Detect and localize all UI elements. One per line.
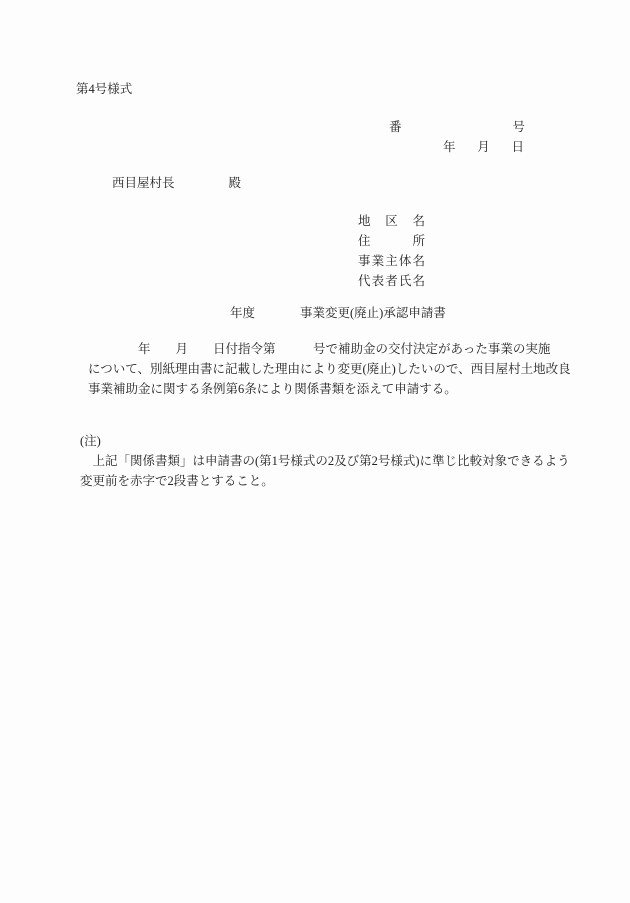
addressee-name: 西目屋村長 xyxy=(112,176,175,190)
form-number-label: 第4号様式 xyxy=(76,79,132,99)
reference-number-line: 番 号 xyxy=(389,117,525,137)
date-line: 年 月 日 xyxy=(443,137,524,157)
note-line-2: 変更前を赤字で2段書とすること。 xyxy=(80,471,580,491)
note-label: (注) xyxy=(80,431,580,451)
sender-field-business-entity-name: 事業主体名 xyxy=(358,251,425,271)
date-day-label: 日 xyxy=(511,137,524,157)
body-paragraph: 年 月 日付指令第 号で補助金の交付決定があった事業の実施 について、別紙理由書… xyxy=(88,339,580,399)
document-page: 第4号様式 番 号 年 月 日 西目屋村長殿 地区名 住所 事業主体名 代表者氏… xyxy=(0,0,630,903)
date-year-label: 年 xyxy=(443,137,456,157)
sender-field-district-name: 地区名 xyxy=(358,211,425,231)
addressee-honorific: 殿 xyxy=(229,176,242,190)
sender-block: 地区名 住所 事業主体名 代表者氏名 xyxy=(358,211,425,291)
body-line-2: について、別紙理由書に記載した理由により変更(廃止)したいので、西目屋村土地改良 xyxy=(88,359,580,379)
ref-number-prefix-label: 番 xyxy=(389,117,402,137)
addressee-line: 西目屋村長殿 xyxy=(112,173,241,193)
sender-field-representative-name: 代表者氏名 xyxy=(358,271,425,291)
document-title-line: 年度 事業変更(廃止)承認申請書 xyxy=(0,303,630,323)
note-block: (注) 上記「関係書類」は申請書の(第1号様式の2及び第2号様式)に準じ比較対象… xyxy=(80,431,580,491)
body-line-3: 事業補助金に関する条例第6条により関係書類を添えて申請する。 xyxy=(88,379,580,399)
document-title: 事業変更(廃止)承認申請書 xyxy=(300,303,446,323)
sender-field-address: 住所 xyxy=(358,231,425,251)
note-line-1: 上記「関係書類」は申請書の(第1号様式の2及び第2号様式)に準じ比較対象できるよ… xyxy=(80,451,580,471)
date-month-label: 月 xyxy=(477,137,490,157)
title-fiscal-year-label: 年度 xyxy=(230,303,255,323)
body-line-1: 年 月 日付指令第 号で補助金の交付決定があった事業の実施 xyxy=(88,339,580,359)
ref-number-suffix-label: 号 xyxy=(512,117,525,137)
